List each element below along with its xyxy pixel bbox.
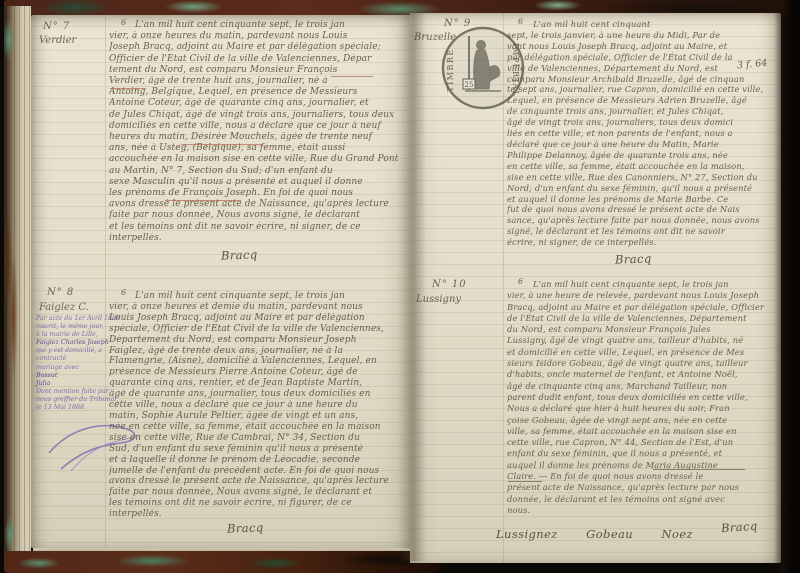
manuscript-line: L'an mil huit cent cinquante sept, le tr… xyxy=(507,279,775,290)
manuscript-line: signé, le déclarant et les témoins ont d… xyxy=(507,226,775,237)
signature-bracq: Bracq xyxy=(221,247,258,262)
entry-number: N° 8 xyxy=(47,287,74,298)
manuscript-line: au Martin, N° 7, Section du Sud; d'un en… xyxy=(109,166,409,177)
manuscript-line: Philippe Delannoy, âgée de quarante troi… xyxy=(507,150,775,161)
manuscript-line: Flamengrie, (Aisne), domicilié à Valenci… xyxy=(109,356,409,367)
witness-signature: Lussignez xyxy=(496,527,558,541)
manuscript-line: du Nord, est comparu Monsieur François J… xyxy=(507,324,775,335)
signature-row: Bracq xyxy=(227,520,264,535)
manuscript-line: comparu Monsieur Archibald Bruzelle, âgé… xyxy=(507,74,775,85)
signature-bracq: Bracq xyxy=(227,520,264,535)
manuscript-line: écrire, ni signer, de ce interpellés. xyxy=(507,237,775,248)
entry-margin-name: Verdier xyxy=(39,35,76,46)
red-underline xyxy=(181,144,263,145)
page-gutter-shadow xyxy=(398,13,426,561)
manuscript-line: Antoine Coteur, âgé de quarante cinq ans… xyxy=(109,98,409,109)
manuscript-line: les prénoms de François Joseph. En foi d… xyxy=(109,188,409,199)
manuscript-line: sept, le trois janvier, à une heure du M… xyxy=(507,30,775,41)
manuscript-line: heures du matin, Désirée Mouchels, âgée … xyxy=(109,132,409,143)
manuscript-line: Faiglez, âgé de trente deux ans, journal… xyxy=(109,346,409,357)
ink-underline xyxy=(653,469,745,470)
manuscript-line: faite par nous donnée, Nous avons signé,… xyxy=(109,210,409,221)
red-underline xyxy=(110,88,146,89)
manuscript-line: déclaré que ce jour à une heure du Matin… xyxy=(507,139,775,150)
manuscript-line: donnée, le déclarant et les témoins ont … xyxy=(507,494,775,505)
manuscript-line: Officier de l'État Civil de la ville de … xyxy=(109,54,409,65)
manuscript-line: née en cette ville, sa femme, était acco… xyxy=(109,422,409,433)
manuscript-line: interpellés. xyxy=(109,233,409,244)
manuscript-line: Claire. — En foi de quoi nous avons dres… xyxy=(507,471,775,482)
manuscript-line: L'an mil huit cent cinquante sept, le tr… xyxy=(109,291,409,302)
manuscript-line: Verdier, âgé de trente huit ans, journal… xyxy=(109,76,409,87)
manuscript-line: âgé de cinquante cinq ans, Marchand Tail… xyxy=(507,381,775,392)
witness-signature: Bracq xyxy=(721,519,758,536)
manuscript-line: vant nous Louis Joseph Bracq, adjoint au… xyxy=(507,41,775,52)
signature-bracq: Bracq xyxy=(615,251,652,266)
register-book-photo: N° 7 Verdier 6 L'an mil huit cent cinqua… xyxy=(0,0,800,573)
witness-signature: Gobeau xyxy=(586,527,633,541)
manuscript-line: par délégation spéciale, Officier de l'É… xyxy=(507,52,775,63)
manuscript-line: cette ville, nous a déclaré que ce jour … xyxy=(109,400,409,411)
right-page: N° 9 Bruzelle 25 TIMBRE IMPERIAL 3 f. 64… xyxy=(410,13,781,563)
manuscript-line: âgé de vingt trois ans, journaliers, tou… xyxy=(507,117,775,128)
manuscript-line: âgé de quarante ans, journalier, tous de… xyxy=(109,389,409,400)
manuscript-line: matin, Sophie Aurule Peltier, âgée de vi… xyxy=(109,411,409,422)
signature-row: Bracq xyxy=(615,251,652,266)
manuscript-line: spéciale, Officier de l'État Civil de la… xyxy=(109,324,409,335)
manuscript-line: avons dressé le présent acte de Naissanc… xyxy=(109,476,409,487)
manuscript-line: Nord; d'un enfant du sexe féminin, qu'il… xyxy=(507,183,775,194)
manuscript-line: de l'État Civil de la ville de Valencien… xyxy=(507,313,775,324)
manuscript-line: vier, à une heure de relevée, pardevant … xyxy=(507,290,775,301)
entry-number: N° 10 xyxy=(432,279,467,290)
manuscript-line: quarante cinq ans, rentier, et de Jean B… xyxy=(109,378,409,389)
manuscript-line: Lussigny, âgé de vingt quatre ans, taill… xyxy=(507,335,775,346)
manuscript-line: et auquel il donne les prénoms de Marie … xyxy=(507,194,775,205)
manuscript-line: parent dudit enfant, tous deux domicilié… xyxy=(507,392,775,403)
manuscript-line: Antoing, Belgique, Lequel, en présence d… xyxy=(109,87,409,98)
manuscript-line: de cinquante trois ans, journalier, et J… xyxy=(507,106,775,117)
witness-signature: Noez xyxy=(662,527,693,541)
entry-text: L'an mil huit cent cinquantsept, le troi… xyxy=(507,19,775,248)
manuscript-line: domiciliés en cette ville, nous a déclar… xyxy=(109,121,409,132)
manuscript-line: sise en cette ville, Rue des Canonniers,… xyxy=(507,172,775,183)
manuscript-line: ville de Valenciennes, Département du No… xyxy=(507,63,775,74)
manuscript-line: vier, à onze heures du matin, pardevant … xyxy=(109,31,409,42)
manuscript-line: interpellés. xyxy=(109,509,409,520)
entry-text: L'an mil huit cent cinquante sept, le tr… xyxy=(109,291,409,520)
red-underline xyxy=(331,76,373,77)
manuscript-line: Louis Joseph Bracq, adjoint au Maire et … xyxy=(109,313,409,324)
manuscript-line: Bracq, adjoint au Maire et par délégatio… xyxy=(507,302,775,313)
manuscript-line: cette ville, rue Capron, N° 44, Section … xyxy=(507,437,775,448)
manuscript-line: sise en cette ville, Rue de Cambrai, N° … xyxy=(109,433,409,444)
ink-underline xyxy=(508,481,542,482)
stamp-arc-left: TIMBRE xyxy=(446,48,455,91)
manuscript-line: çoise Gobeau, âgée de vingt sept ans, né… xyxy=(507,415,775,426)
manuscript-line: avons dressé le présent acte de Naissanc… xyxy=(109,199,409,210)
manuscript-line: présence de Messieurs Pierre Antoine Cot… xyxy=(109,367,409,378)
book-spine-edge xyxy=(4,6,31,568)
book-right-edge xyxy=(774,0,800,573)
manuscript-line: tement du Nord, est comparu Monsieur Fra… xyxy=(109,65,409,76)
red-underline xyxy=(165,200,241,201)
manuscript-line: Nous a déclaré que hier à huit heures du… xyxy=(507,403,775,414)
entry-text: L'an mil huit cent cinquante sept, le tr… xyxy=(109,20,409,244)
entry-text: L'an mil huit cent cinquante sept, le tr… xyxy=(507,279,775,516)
manuscript-line: et à laquelle il donne le prénom de Léoc… xyxy=(109,455,409,466)
manuscript-line: et domicilié en cette ville, Lequel, en … xyxy=(507,347,775,358)
left-page: N° 7 Verdier 6 L'an mil huit cent cinqua… xyxy=(31,15,410,548)
manuscript-line: sance, qu'après lecture faite par nous d… xyxy=(507,215,775,226)
manuscript-line: et les témoins ont dit ne savoir écrire,… xyxy=(109,222,409,233)
manuscript-line: Joseph Bracq, adjoint au Maire et par dé… xyxy=(109,42,409,53)
manuscript-line: accouchée en la maison sise en cette vil… xyxy=(109,154,409,165)
manuscript-line: faite par nous donnée, Nous avons signé,… xyxy=(109,487,409,498)
manuscript-line: les témoins ont dit ne savoir écrire, ni… xyxy=(109,498,409,509)
manuscript-line: Sud, d'un enfant du sexe féminin qu'il n… xyxy=(109,444,409,455)
manuscript-line: te sept ans, journalier, rue Capron, dom… xyxy=(507,84,775,95)
manuscript-line: fut de quoi nous avons dressé le présent… xyxy=(507,204,775,215)
manuscript-line: sexe Masculin qu'il nous a présenté et a… xyxy=(109,177,409,188)
manuscript-line: jumelle de l'enfant du précédent acte. E… xyxy=(109,466,409,477)
manuscript-line: sieurs Isidore Gobeau, âgé de vingt quat… xyxy=(507,358,775,369)
manuscript-line: L'an mil huit cent cinquant xyxy=(507,19,775,30)
manuscript-line: ville, sa femme, était accouchée en la m… xyxy=(507,426,775,437)
manuscript-line: liés en cette ville, et non parents de l… xyxy=(507,128,775,139)
entry-number: N° 7 xyxy=(43,21,70,32)
manuscript-line: nous. xyxy=(507,505,775,516)
manuscript-line: vier, à onze heures et demie du matin, p… xyxy=(109,302,409,313)
manuscript-line: Département du Nord, est comparu Monsieu… xyxy=(109,335,409,346)
signature-row: Bracq xyxy=(221,247,258,262)
entry-margin-name: Faiglez C. xyxy=(39,302,89,313)
manuscript-line: Lequel, en présence de Messieurs Adrien … xyxy=(507,95,775,106)
signature-row: LussignezGobeauNoezBracq xyxy=(496,527,758,541)
manuscript-line: enfant du sexe féminin, que il nous a pr… xyxy=(507,448,775,459)
manuscript-line: présent acte de Naissance, qu'après lect… xyxy=(507,482,775,493)
stamp-value: 25 xyxy=(465,81,474,89)
book-cover-bottom-edge xyxy=(4,551,441,573)
manuscript-line: d'habits, oncle maternel de l'enfant, et… xyxy=(507,369,775,380)
manuscript-line: en cette ville, sa femme, était accouché… xyxy=(507,161,775,172)
manuscript-line: L'an mil huit cent cinquante sept, le tr… xyxy=(109,20,409,31)
manuscript-line: de Jules Chiqat, âgé de vingt trois ans,… xyxy=(109,110,409,121)
